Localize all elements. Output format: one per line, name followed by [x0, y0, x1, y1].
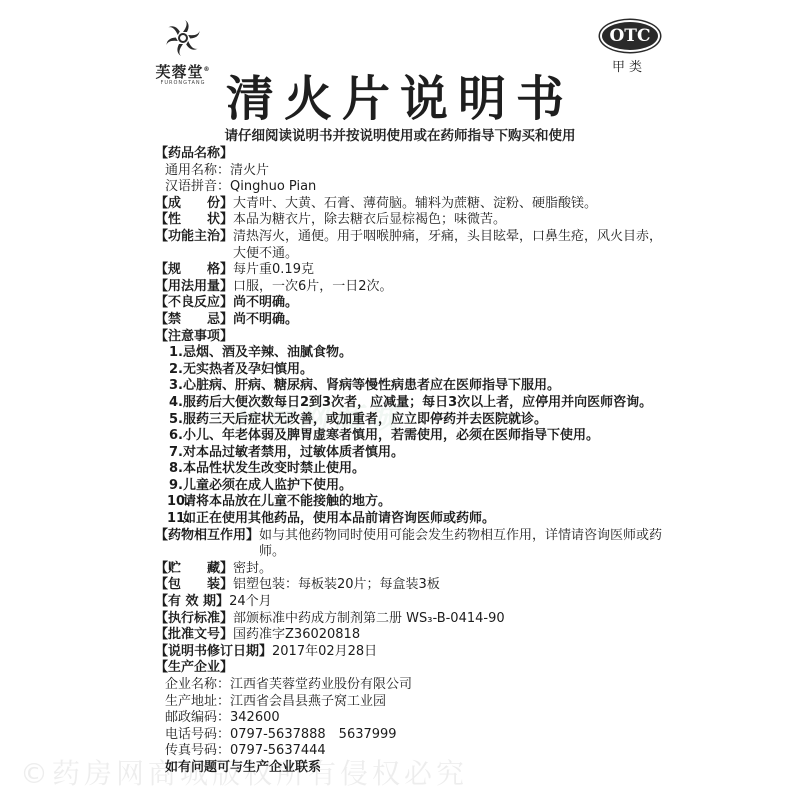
precaution-item: 9.儿童必须在成人监护下使用。 — [155, 478, 675, 495]
precaution-item: 3.心脏病、肝病、糖尿病、肾病等慢性病患者应在医师指导下服用。 — [155, 378, 675, 395]
precautions-label: 【注意事项】 — [155, 329, 675, 346]
precaution-item: 2.无实热者及孕妇慎用。 — [155, 362, 675, 379]
phone: 电话号码：0797-5637888 5637999 — [155, 727, 675, 744]
precaution-item: 10.请将本品放在儿童不能接触的地方。 — [155, 494, 675, 511]
contact-note: 如有问题可与生产企业联系 — [155, 760, 675, 777]
precaution-item: 4.服药后大便次数每日2到3次者，应减量；每日3次以上者，应停用并向医师咨询。 — [155, 395, 675, 412]
manufacturer-label: 【生产企业】 — [155, 660, 675, 677]
section-ingredients: 【成 份】大青叶、大黄、石膏、薄荷脑。辅料为蔗糖、淀粉、硬脂酸镁。 — [155, 196, 675, 213]
page-subtitle: 请仔细阅读说明书并按说明使用或在药师指导下购买和使用 — [0, 124, 800, 144]
precaution-item: 11.如正在使用其他药品，使用本品前请咨询医师或药师。 — [155, 511, 675, 528]
section-standard: 【执行标准】部颁标准中药成方制剂第二册 WS₃-B-0414-90 — [155, 611, 675, 628]
section-appearance: 【性 状】本品为糖衣片，除去糖衣后显棕褐色；味微苦。 — [155, 212, 675, 229]
drug-name-label: 【药品名称】 — [155, 146, 675, 163]
company-address: 生产地址：江西省会昌县燕子窝工业园 — [155, 694, 675, 711]
fax: 传真号码：0797-5637444 — [155, 743, 675, 760]
section-indications: 【功能主治】清热泻火，通便。用于咽喉肿痛，牙痛，头目眩晕，口鼻生疮，风火目赤，大… — [155, 229, 675, 262]
section-shelf-life: 【有 效 期】24个月 — [155, 594, 675, 611]
section-contraindications: 【禁 忌】尚不明确。 — [155, 312, 675, 329]
leaflet-content: 【药品名称】 通用名称：清火片 汉语拼音：Qinghuo Pian 【成 份】大… — [155, 146, 675, 777]
precaution-item: 8.本品性状发生改变时禁止使用。 — [155, 461, 675, 478]
generic-name: 通用名称：清火片 — [155, 163, 675, 180]
section-revision-date: 【说明书修订日期】2017年02月28日 — [155, 644, 675, 661]
precaution-item: 6.小儿、年老体弱及脾胃虚寒者慎用，若需使用，必须在医师指导下使用。 — [155, 428, 675, 445]
section-packaging: 【包 装】铝塑包装：每板装20片；每盒装3板 — [155, 577, 675, 594]
section-dosage: 【用法用量】口服，一次6片，一日2次。 — [155, 279, 675, 296]
pinyin-name: 汉语拼音：Qinghuo Pian — [155, 179, 675, 196]
page-title: 清火片说明书 — [0, 60, 800, 129]
precaution-item: 1.忌烟、酒及辛辣、油腻食物。 — [155, 345, 675, 362]
precaution-item: 5.服药三天后症状无改善，或加重者，应立即停药并去医院就诊。 — [155, 412, 675, 429]
flower-logo-icon — [161, 18, 205, 58]
otc-badge: OTC — [600, 20, 660, 52]
precaution-item: 7.对本品过敏者禁用，过敏体质者慎用。 — [155, 445, 675, 462]
section-interactions: 【药物相互作用】如与其他药物同时使用可能会发生药物相互作用，详情请咨询医师或药师… — [155, 528, 675, 561]
company-name: 企业名称：江西省芙蓉堂药业股份有限公司 — [155, 677, 675, 694]
section-storage: 【贮 藏】密封。 — [155, 561, 675, 578]
section-approval-number: 【批准文号】国药准字Z36020818 — [155, 627, 675, 644]
postcode: 邮政编码：342600 — [155, 710, 675, 727]
section-specification: 【规 格】每片重0.19克 — [155, 262, 675, 279]
section-adverse-reactions: 【不良反应】尚不明确。 — [155, 295, 675, 312]
